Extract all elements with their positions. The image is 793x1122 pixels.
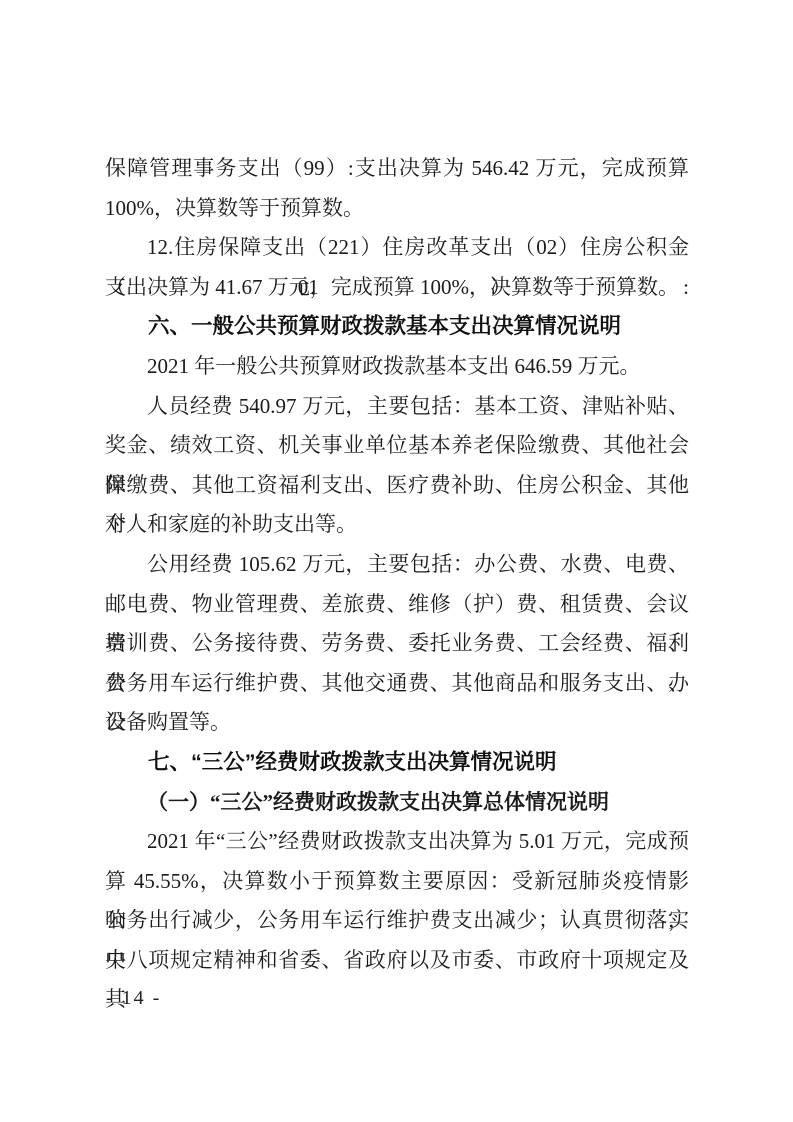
- section-6: 六、一般公共预算财政拨款基本支出决算情况说明: [105, 307, 689, 347]
- body-line: 保障管理事务支出（99）:支出决算为 546.42 万元，完成预算: [105, 149, 689, 189]
- body-line: 个人和家庭的补助支出等。: [105, 505, 689, 545]
- section-7-1-subheading: （一）“三公”经费财政拨款支出决算总体情况说明: [105, 783, 689, 823]
- body-line: 人员经费 540.97 万元，主要包括：基本工资、津贴补贴、: [105, 387, 689, 427]
- body-line: 公务出行减少，公务用车运行维护费支出减少；认真贯彻落实中: [105, 901, 689, 941]
- section-7-heading: 七、“三公”经费财政拨款支出决算情况说明: [105, 743, 689, 783]
- section-6-heading: 六、一般公共预算财政拨款基本支出决算情况说明: [105, 307, 689, 347]
- body-line: 奖金、绩效工资、机关事业单位基本养老保险缴费、其他社会保: [105, 426, 689, 466]
- body-line: 邮电费、物业管理费、差旅费、维修（护）费、租赁费、会议费、: [105, 585, 689, 625]
- body-line: 培训费、公务接待费、劳务费、委托业务费、工会经费、福利费、: [105, 624, 689, 664]
- body-line: 障缴费、其他工资福利支出、医疗费补助、住房公积金、其他对: [105, 466, 689, 506]
- page-number: - 14 -: [106, 988, 161, 1008]
- document-page: 保障管理事务支出（99）:支出决算为 546.42 万元，完成预算 100%，决…: [0, 0, 793, 1122]
- body-line: 12.住房保障支出（221）住房改革支出（02）住房公积金（01）:: [105, 228, 689, 268]
- body-line: 支出决算为 41.67 万元，完成预算 100%，决算数等于预算数。: [105, 268, 689, 308]
- body-line: 算 45.55%，决算数小于预算数主要原因：受新冠肺炎疫情影响，: [105, 862, 689, 902]
- body-line: 央八项规定精神和省委、省政府以及市委、市政府十项规定及其: [105, 941, 689, 981]
- paragraph-basic-expense-total: 2021 年一般公共预算财政拨款基本支出 646.59 万元。: [105, 347, 689, 387]
- body-line: 公务用车运行维护费、其他交通费、其他商品和服务支出、办公: [105, 664, 689, 704]
- section-7: 七、“三公”经费财政拨款支出决算情况说明 （一）“三公”经费财政拨款支出决算总体…: [105, 743, 689, 822]
- body-line: 100%，决算数等于预算数。: [105, 189, 689, 229]
- paragraph-public-expense: 公用经费 105.62 万元，主要包括：办公费、水费、电费、 邮电费、物业管理费…: [105, 545, 689, 743]
- paragraph-housing-221: 12.住房保障支出（221）住房改革支出（02）住房公积金（01）: 支出决算为…: [105, 228, 689, 307]
- paragraph-social-security-99: 保障管理事务支出（99）:支出决算为 546.42 万元，完成预算 100%，决…: [105, 149, 689, 228]
- body-line: 设备购置等。: [105, 703, 689, 743]
- paragraph-personnel-expense: 人员经费 540.97 万元，主要包括：基本工资、津贴补贴、 奖金、绩效工资、机…: [105, 387, 689, 545]
- document-body: 保障管理事务支出（99）:支出决算为 546.42 万元，完成预算 100%，决…: [105, 149, 689, 980]
- paragraph-sangong-expense: 2021 年“三公”经费财政拨款支出决算为 5.01 万元，完成预 算 45.5…: [105, 822, 689, 980]
- body-line: 2021 年一般公共预算财政拨款基本支出 646.59 万元。: [105, 347, 689, 387]
- body-line: 公用经费 105.62 万元，主要包括：办公费、水费、电费、: [105, 545, 689, 585]
- body-line: 2021 年“三公”经费财政拨款支出决算为 5.01 万元，完成预: [105, 822, 689, 862]
